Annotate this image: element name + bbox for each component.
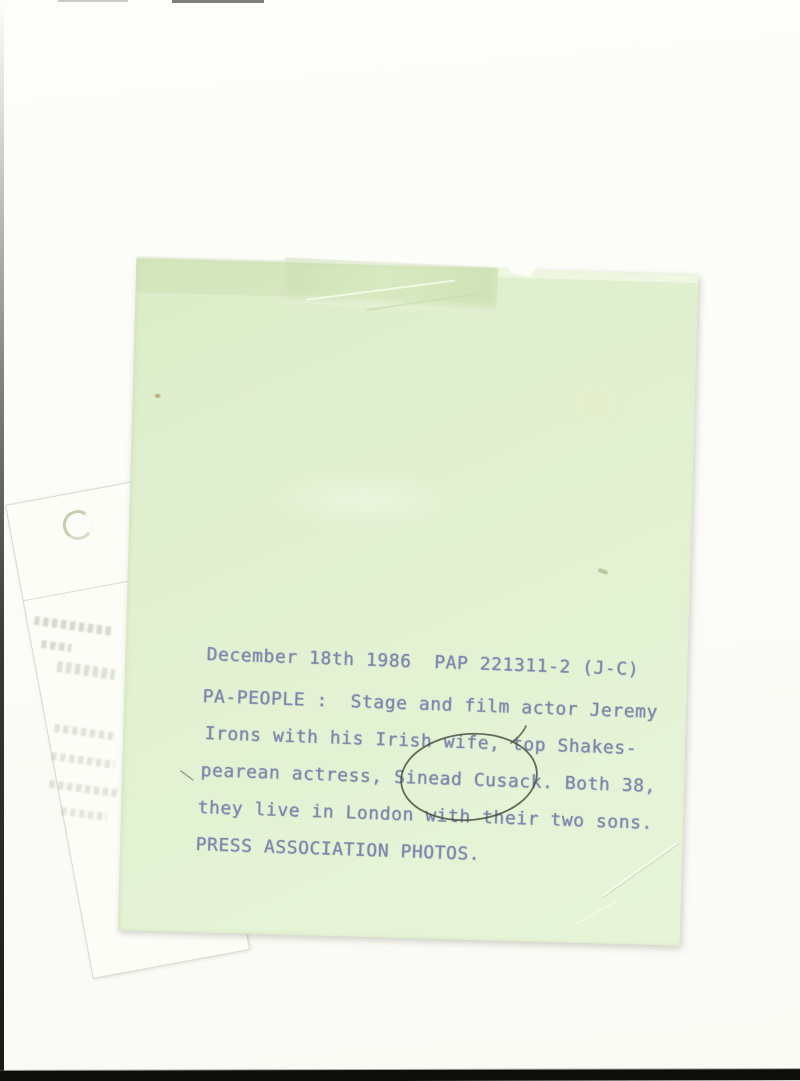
paper-stain [239,456,491,543]
paper-stain [550,362,642,444]
ink-fleck [598,568,609,575]
punch-hole [60,508,95,543]
scan-edge-left [0,0,4,1081]
scan-edge-bottom [0,1069,800,1081]
scan-edge-top-smudge [58,0,128,2]
scan-edge-top-smudge [172,0,264,3]
corner-crease [602,842,678,897]
paper-edge-shading [136,256,287,296]
corner-crease [576,901,617,924]
paper-speck [155,394,161,398]
scanned-photo-back: December 18th 1986 PAP 221311-2 (J-C) PA… [0,0,800,1081]
